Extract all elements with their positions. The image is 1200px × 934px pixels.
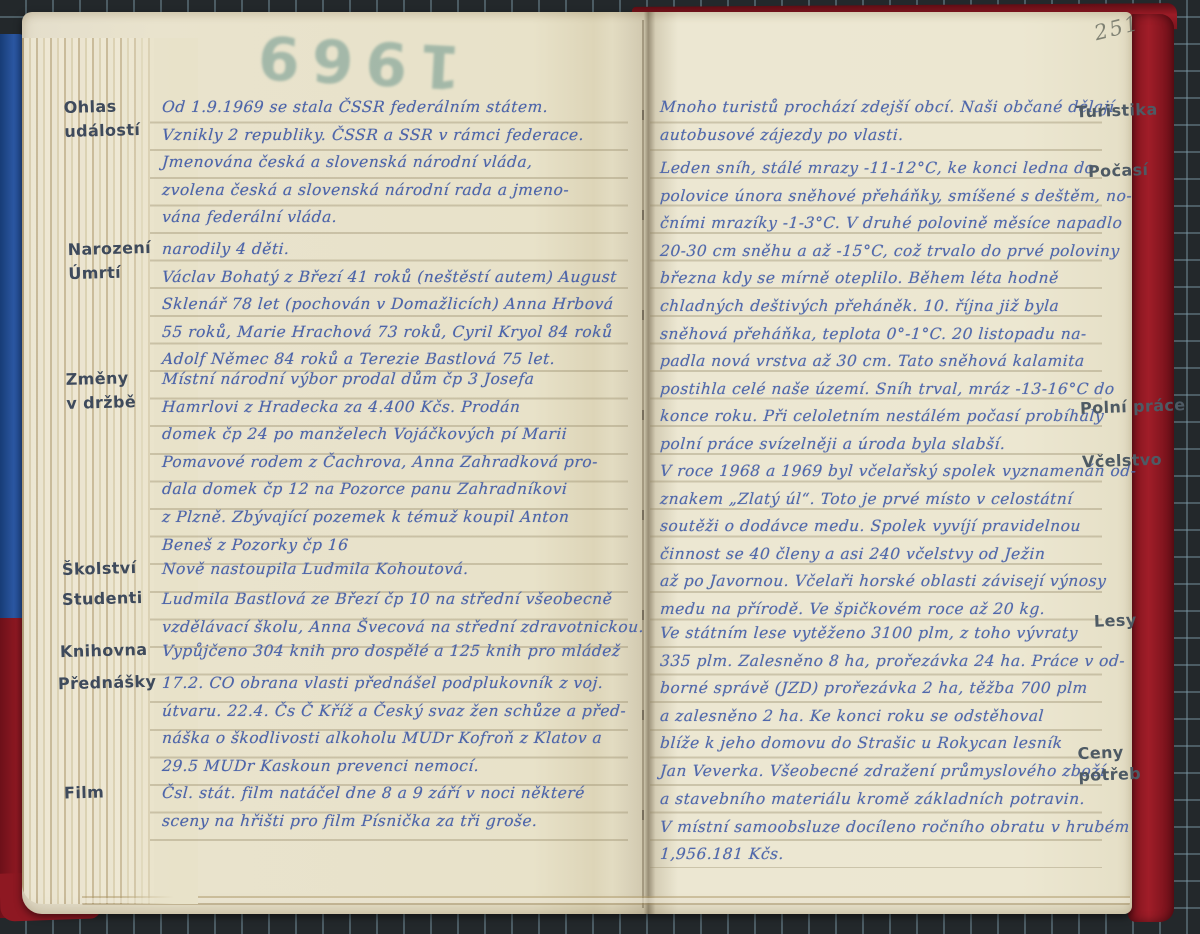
handwritten-line: chladných deštivých přeháněk. 10. října …	[659, 293, 1101, 321]
margin-heading-skolstvi: Školství	[62, 556, 137, 582]
handwritten-line: postihla celé naše území. Sníh trval, mr…	[659, 376, 1101, 404]
margin-heading-knihovna: Knihovna	[60, 638, 148, 664]
margin-heading-lesy: Lesy	[1094, 609, 1137, 632]
handwritten-line: soutěži o dodávce medu. Spolek vyvíjí pr…	[659, 513, 1101, 541]
handwritten-line: a stavebního materiálu kromě základních …	[659, 786, 1101, 814]
section-text-polni-prace: polní práce svízelněji a úroda byla slab…	[660, 431, 1100, 459]
handwritten-line: Vypůjčeno 304 knih pro dospělé a 125 kni…	[161, 638, 633, 666]
year-stamp: 1969	[244, 20, 462, 101]
handwritten-line: borné správě (JZD) prořezávka 2 ha, těžb…	[659, 675, 1101, 703]
margin-heading-turistika: Turistika	[1076, 99, 1158, 124]
handwritten-line: polní práce svízelněji a úroda byla slab…	[659, 431, 1101, 459]
handwritten-line: Leden sníh, stálé mrazy -11-12°C, ke kon…	[659, 155, 1101, 183]
handwritten-line: činnost se 40 členy a asi 240 včelstvy o…	[659, 541, 1101, 569]
handwritten-line: 29.5 MUDr Kaskoun prevenci nemocí.	[161, 753, 633, 781]
section-text-turistika: Mnoho turistů prochází zdejší obcí. Naši…	[660, 94, 1100, 149]
handwritten-line: sceny na hřišti pro film Písnička za tři…	[161, 808, 633, 836]
handwritten-line: 1,956.181 Kčs.	[659, 841, 1101, 869]
bottom-page-edges	[82, 890, 1130, 910]
handwritten-line: Ludmila Bastlová ze Březí čp 10 na střed…	[161, 586, 633, 614]
handwritten-line: dala domek čp 12 na Pozorce panu Zahradn…	[161, 476, 633, 504]
handwritten-line: Vznikly 2 republiky. ČSSR a SSR v rámci …	[161, 122, 633, 150]
section-text-skolstvi: Nově nastoupila Ludmila Kohoutová.	[162, 556, 632, 584]
handwritten-line: padla nová vrstva až 30 cm. Tato sněhová…	[659, 348, 1101, 376]
handwritten-line: V roce 1968 a 1969 byl včelařský spolek …	[659, 458, 1101, 486]
handwritten-line: Václav Bohatý z Březí 41 roků (neštěstí …	[161, 264, 633, 292]
handwritten-line: a zalesněno 2 ha. Ke konci roku se odstě…	[659, 703, 1101, 731]
handwritten-line: polovice února sněhové přeháňky, smíšené…	[659, 183, 1101, 211]
handwritten-line: 335 plm. Zalesněno 8 ha, prořezávka 24 h…	[659, 648, 1101, 676]
handwritten-line: Od 1.9.1969 se stala ČSSR federálním stá…	[161, 94, 633, 122]
handwritten-line: autobusové zájezdy po vlasti.	[659, 122, 1101, 150]
margin-heading-ohlas-udalosti: Ohlas událostí	[63, 94, 140, 144]
margin-heading-vcelstvo: Včelstvo	[1082, 449, 1163, 474]
handwritten-line: až po Javornou. Včelaři horské oblasti z…	[659, 568, 1101, 596]
handwritten-line: Jan Veverka. Všeobecné zdražení průmyslo…	[659, 758, 1101, 786]
margin-heading-polni-prace: Polní práce	[1080, 394, 1186, 420]
handwritten-line: čními mrazíky -1-3°C. V druhé polovině m…	[659, 210, 1101, 238]
handwritten-line: Hamrlovi z Hradecka za 4.400 Kčs. Prodán	[161, 394, 633, 422]
handwritten-line: znakem „Zlatý úl“. Toto je prvé místo v …	[659, 486, 1101, 514]
margin-heading-zmeny-v-drzbe: Změny v držbě	[65, 366, 136, 416]
handwritten-line: Jmenována česká a slovenská národní vlád…	[161, 149, 633, 177]
handwritten-line: domek čp 24 po manželech Vojáčkových pí …	[161, 421, 633, 449]
handwritten-line: 17.2. CO obrana vlasti přednášel podpluk…	[161, 670, 633, 698]
handwritten-line: Pomavové rodem z Čachrova, Anna Zahradko…	[161, 449, 633, 477]
handwritten-line: sněhová přeháňka, teplota 0°-1°C. 20 lis…	[659, 321, 1101, 349]
margin-heading-ceny-potreb: Ceny potřeb	[1077, 741, 1141, 787]
handwritten-line: útvaru. 22.4. Čs Č Kříž a Český svaz žen…	[161, 698, 633, 726]
section-text-prednasky: 17.2. CO obrana vlasti přednášel podpluk…	[162, 670, 632, 780]
handwritten-line: 55 roků, Marie Hrachová 73 roků, Cyril K…	[161, 319, 633, 347]
section-text-lesy: Ve státním lese vytěženo 3100 plm, z toh…	[660, 620, 1100, 786]
handwritten-line: vána federální vláda.	[161, 204, 633, 232]
section-text-film: Čsl. stát. film natáčel dne 8 a 9 září v…	[162, 780, 632, 835]
handwritten-line: náška o škodlivosti alkoholu MUDr Kofroň…	[161, 725, 633, 753]
handwritten-line: z Plzně. Zbývající pozemek k témuž koupi…	[161, 504, 633, 532]
section-text-zmeny-v-drzbe: Místní národní výbor prodal dům čp 3 Jos…	[162, 366, 632, 559]
binding-stitch-line	[642, 20, 644, 908]
section-text-narozeni-umrti: narodily 4 děti.Václav Bohatý z Březí 41…	[162, 236, 632, 374]
margin-heading-film: Film	[64, 780, 105, 805]
section-text-studenti: Ludmila Bastlová ze Březí čp 10 na střed…	[162, 586, 632, 641]
handwritten-line: 20-30 cm sněhu a až -15°C, což trvalo do…	[659, 238, 1101, 266]
margin-heading-narozeni-umrti: Narození Úmrtí	[67, 236, 152, 286]
handwritten-line: března kdy se mírně oteplilo. Během léta…	[659, 265, 1101, 293]
margin-heading-studenti: Studenti	[62, 586, 143, 612]
section-text-knihovna: Vypůjčeno 304 knih pro dospělé a 125 kni…	[162, 638, 632, 666]
handwritten-line: Ve státním lese vytěženo 3100 plm, z toh…	[659, 620, 1101, 648]
handwritten-line: Nově nastoupila Ludmila Kohoutová.	[161, 556, 633, 584]
section-text-pocasi: Leden sníh, stálé mrazy -11-12°C, ke kon…	[660, 155, 1100, 431]
handwritten-line: zvolena česká a slovenská národní rada a…	[161, 177, 633, 205]
section-text-vcelstvo: V roce 1968 a 1969 byl včelařský spolek …	[660, 458, 1100, 624]
margin-heading-prednasky: Přednášky	[58, 670, 157, 697]
section-text-ceny-potreb: a stavebního materiálu kromě základních …	[660, 786, 1100, 869]
handwritten-line: narodily 4 děti.	[161, 236, 633, 264]
handwritten-line: V místní samoobsluze docíleno ročního ob…	[659, 814, 1101, 842]
handwritten-line: Místní národní výbor prodal dům čp 3 Jos…	[161, 366, 633, 394]
margin-heading-pocasi: Počasí	[1088, 159, 1149, 183]
handwritten-line: blíže k jeho domovu do Strašic u Rokycan…	[659, 730, 1101, 758]
handwritten-line: Mnoho turistů prochází zdejší obcí. Naši…	[659, 94, 1101, 122]
handwritten-line: konce roku. Při celoletním nestálém poča…	[659, 403, 1101, 431]
handwritten-line: Sklenář 78 let (pochován v Domažlicích) …	[161, 291, 633, 319]
handwritten-line: Čsl. stát. film natáčel dne 8 a 9 září v…	[161, 780, 633, 808]
section-text-ohlas-udalosti: Od 1.9.1969 se stala ČSSR federálním stá…	[162, 94, 632, 232]
